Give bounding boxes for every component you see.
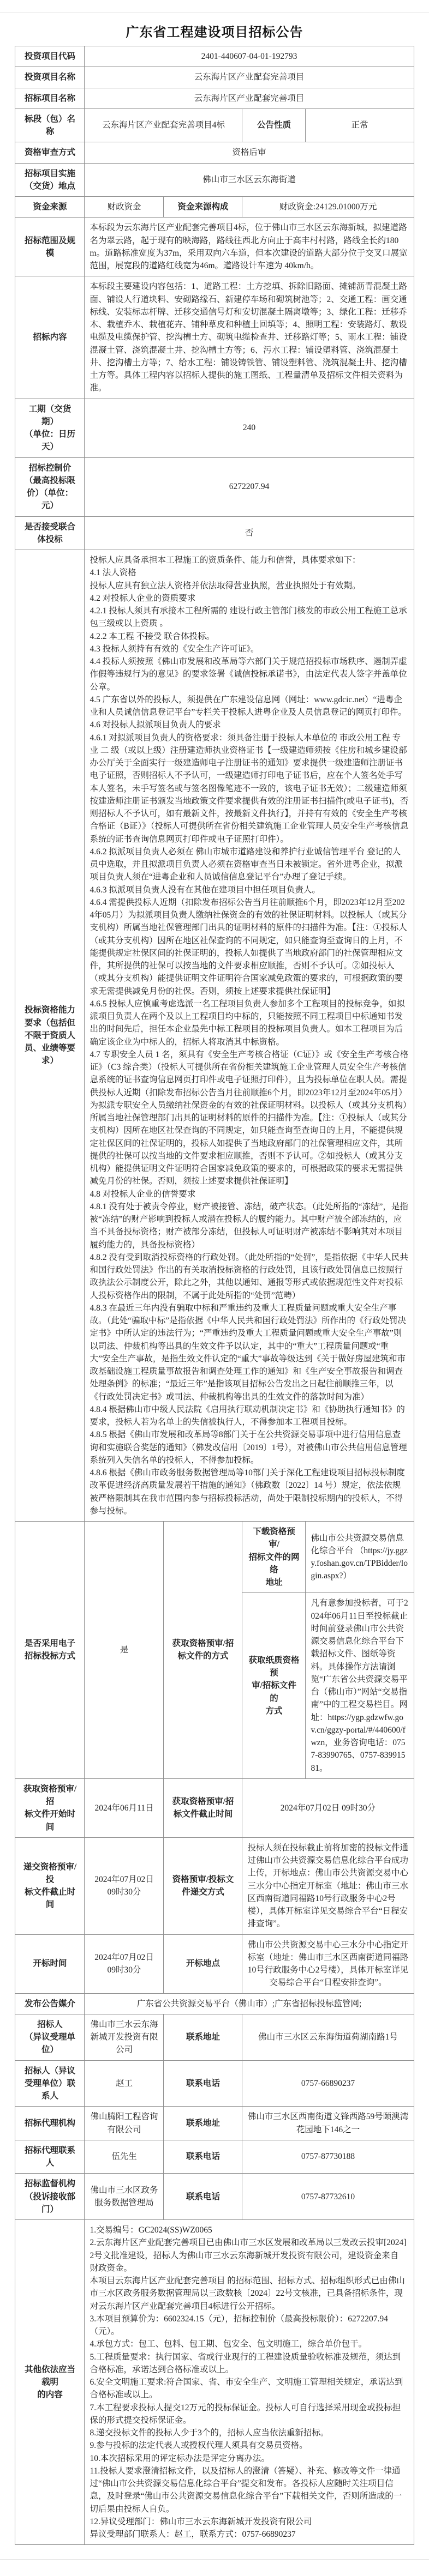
- field-value: 2024年07月02日 09时30分: [242, 1778, 414, 1837]
- table-row: 招标项目名称云东海片区产业配套完善项目: [15, 88, 414, 108]
- field-value: 本标段主要建设内容包括：1、道路工程：土方挖填、拆除旧路面、摊铺沥青混凝土路面、…: [85, 276, 414, 399]
- field-label: 公告性质: [242, 108, 306, 142]
- field-value: 佛山市三水区政务服务数据管理局: [85, 2174, 164, 2220]
- field-value: 240: [85, 399, 414, 457]
- field-value: 佛山腾阳工程咨询有限公司: [85, 2107, 164, 2140]
- field-label: 招标人 （异议受理单位）: [15, 2014, 85, 2060]
- field-label: 获取纸质资格预 审/招标文件的 方式: [242, 1593, 306, 1779]
- field-label: 是否采用电子 招标投标方式: [15, 1522, 85, 1779]
- field-label: 招标项目名称: [15, 88, 85, 108]
- field-value: 赵工: [85, 2060, 164, 2107]
- field-value: 云东海片区产业配套完善项目: [85, 88, 414, 108]
- field-value: 是: [85, 1522, 164, 1779]
- field-label: 联系地址: [164, 2014, 242, 2060]
- field-label: 联系电话: [164, 2060, 242, 2107]
- field-label: 发布公告媒介: [15, 1993, 85, 2014]
- field-label: 投资项目代码: [15, 46, 85, 67]
- page-top-divider: [0, 0, 429, 13]
- field-value: 0757-66890237: [242, 2060, 414, 2107]
- table-row: 招标项目实施 （交货）地点佛山市三水区云东海街道: [15, 163, 414, 197]
- field-value: 佛山市三水区云东海街道荷湖南路1号: [242, 2014, 414, 2060]
- field-value: 伍先生: [85, 2140, 164, 2174]
- table-row: 是否接受联合体投标否: [15, 516, 414, 550]
- field-value: 财政资金:24129.01000万元: [242, 197, 414, 218]
- table-row: 标段（包）名称云东海片区产业配套完善项目4标公告性质正常: [15, 108, 414, 142]
- field-value: 0757-87730188: [242, 2140, 414, 2174]
- field-label: 联系电话: [164, 2174, 242, 2220]
- page-bottom-divider: [0, 2559, 429, 2576]
- table-row: 招标人 （异议受理单位）佛山市三水云东海新城开发投资有限公司联系地址佛山市三水区…: [15, 2014, 414, 2060]
- field-label: 资格预审/投标文 件递交方式: [164, 1837, 242, 1934]
- field-value: 6272207.94: [85, 457, 414, 516]
- table-row: 招标代理联系人伍先生联系电话0757-87730188: [15, 2140, 414, 2174]
- table-row: 发布公告媒介广东省公共资源交易平台（佛山市）;广东省招标投标监管网;: [15, 1993, 414, 2014]
- field-label: 资格审查方式: [15, 142, 85, 163]
- table-row: 招标人（异议受理单位）联系人赵工联系电话0757-66890237: [15, 2060, 414, 2107]
- field-value: 佛山市三水云东海新城开发投资有限公司: [85, 2014, 164, 2060]
- field-label: 递交资格预审/投 标文件截止时间: [15, 1837, 85, 1934]
- field-value: 凡有意参加投标者，可于2024年06月11日至投标截止时间前登录佛山市公共资源交…: [306, 1593, 414, 1779]
- field-label: 获取资格预审/招 标文件截止时间: [164, 1778, 242, 1837]
- table-row: 开标时间2024年07月02日 09时30分开标地点佛山市公共资源交易中心三水分…: [15, 1934, 414, 1993]
- field-label: 招标范围及规模: [15, 218, 85, 276]
- field-label: 资金来源构成: [164, 197, 242, 218]
- field-label: 联系地址: [164, 2107, 242, 2140]
- announcement-table-body: 投资项目代码2401-440607-04-01-192793投资项目名称云东海片…: [15, 46, 414, 2545]
- field-label: 招标人（异议受理单位）联系人: [15, 2060, 85, 2107]
- field-label: 资金来源: [15, 197, 85, 218]
- field-label: 联系电话: [164, 2140, 242, 2174]
- field-label: 招标代理机构: [15, 2107, 85, 2140]
- field-value: 资格后审: [85, 142, 414, 163]
- field-label: 是否接受联合体投标: [15, 516, 85, 550]
- table-row: 招标监督机构 （投诉接收部门）佛山市三水区政务服务数据管理局联系电话0757-8…: [15, 2174, 414, 2220]
- field-label: 投资项目名称: [15, 67, 85, 88]
- field-value: 2024年07月02日 09时30分: [85, 1837, 164, 1934]
- table-row: 资格审查方式资格后审: [15, 142, 414, 163]
- field-value: 广东省公共资源交易平台（佛山市）;广东省招标投标监管网;: [85, 1993, 414, 2014]
- field-label: 获取资格预审/招 标文件的方式: [164, 1522, 242, 1779]
- field-value: 财政资金: [85, 197, 164, 218]
- field-value: 1.交易编号：GC2024(SS)WZ0065 2.云东海片区产业配套完善项目已…: [85, 2220, 414, 2545]
- table-row: 递交资格预审/投 标文件截止时间2024年07月02日 09时30分资格预审/投…: [15, 1837, 414, 1934]
- field-label: 投标资格能力要求（包括但不限于资质人员、业绩等要求）: [15, 550, 85, 1522]
- table-row: 资金来源财政资金资金来源构成财政资金:24129.01000万元: [15, 197, 414, 218]
- field-label: 招标项目实施 （交货）地点: [15, 163, 85, 197]
- field-value: 佛山市公共资源交易信息化综合平台 （https://jy.ggzy.foshan…: [306, 1522, 414, 1593]
- field-label: 开标地点: [164, 1934, 242, 1993]
- table-row: 招标代理机构佛山腾阳工程咨询有限公司联系地址佛山市三水区西南街道文锋西路59号颐…: [15, 2107, 414, 2140]
- page-title: 广东省工程建设项目招标公告: [0, 21, 429, 40]
- field-value: 佛山市三水区西南街道文锋西路59号颐澳湾花园地下146之一: [242, 2107, 414, 2140]
- field-value: 本标段为云东海片区产业配套完善项目4标，位于佛山市三水区云东海新城，拟建道路名为…: [85, 218, 414, 276]
- field-value: 投标人应具备承担本工程施工的资质条件、能力和信誉，具体要求如下： 4.1 法人资…: [85, 550, 414, 1522]
- field-value: 0757-87732610: [242, 2174, 414, 2220]
- field-label: 招标代理联系人: [15, 2140, 85, 2174]
- field-value: 云东海片区产业配套完善项目: [85, 67, 414, 88]
- table-row: 工期（交货期） （单位：日历天）240: [15, 399, 414, 457]
- field-value: 佛山市公共资源交易中心三水分中心指定开标室（地址：佛山市三水区西南街道同福路10…: [242, 1934, 414, 1993]
- field-value: 投标人须在投标截止前将加密的投标文件通过佛山市公共资源交易信息化综合平台成功上传…: [242, 1837, 414, 1934]
- field-label: 工期（交货期） （单位：日历天）: [15, 399, 85, 457]
- field-value: 2024年06月11日: [85, 1778, 164, 1837]
- field-value: 否: [85, 516, 414, 550]
- table-row: 投标资格能力要求（包括但不限于资质人员、业绩等要求）投标人应具备承担本工程施工的…: [15, 550, 414, 1522]
- field-value: 2401-440607-04-01-192793: [85, 46, 414, 67]
- table-row: 招标控制价（最高投标限价）（单位：元）6272207.94: [15, 457, 414, 516]
- field-label: 其他依法应当载明 的内容: [15, 2220, 85, 2545]
- announcement-table: 投资项目代码2401-440607-04-01-192793投资项目名称云东海片…: [15, 46, 414, 2545]
- table-row: 招标范围及规模本标段为云东海片区产业配套完善项目4标，位于佛山市三水区云东海新城…: [15, 218, 414, 276]
- field-value: 正常: [306, 108, 414, 142]
- field-value: 云东海片区产业配套完善项目4标: [85, 108, 242, 142]
- table-row: 投资项目代码2401-440607-04-01-192793: [15, 46, 414, 67]
- field-label: 标段（包）名称: [15, 108, 85, 142]
- table-row: 其他依法应当载明 的内容1.交易编号：GC2024(SS)WZ0065 2.云东…: [15, 2220, 414, 2545]
- table-row: 招标内容本标段主要建设内容包括：1、道路工程：土方挖填、拆除旧路面、摊铺沥青混凝…: [15, 276, 414, 399]
- field-label: 招标内容: [15, 276, 85, 399]
- field-label: 开标时间: [15, 1934, 85, 1993]
- field-label: 招标监督机构 （投诉接收部门）: [15, 2174, 85, 2220]
- table-row: 是否采用电子 招标投标方式是获取资格预审/招 标文件的方式下载资格预审/ 招标文…: [15, 1522, 414, 1593]
- field-value: 佛山市三水区云东海街道: [85, 163, 414, 197]
- field-label: 获取资格预审/招 标文件开始时间: [15, 1778, 85, 1837]
- table-row: 投资项目名称云东海片区产业配套完善项目: [15, 67, 414, 88]
- field-value: 2024年07月02日 09时30分: [85, 1934, 164, 1993]
- field-label: 下载资格预审/ 招标文件的网络 地址: [242, 1522, 306, 1593]
- field-label: 招标控制价（最高投标限价）（单位：元）: [15, 457, 85, 516]
- table-row: 获取资格预审/招 标文件开始时间2024年06月11日获取资格预审/招 标文件截…: [15, 1778, 414, 1837]
